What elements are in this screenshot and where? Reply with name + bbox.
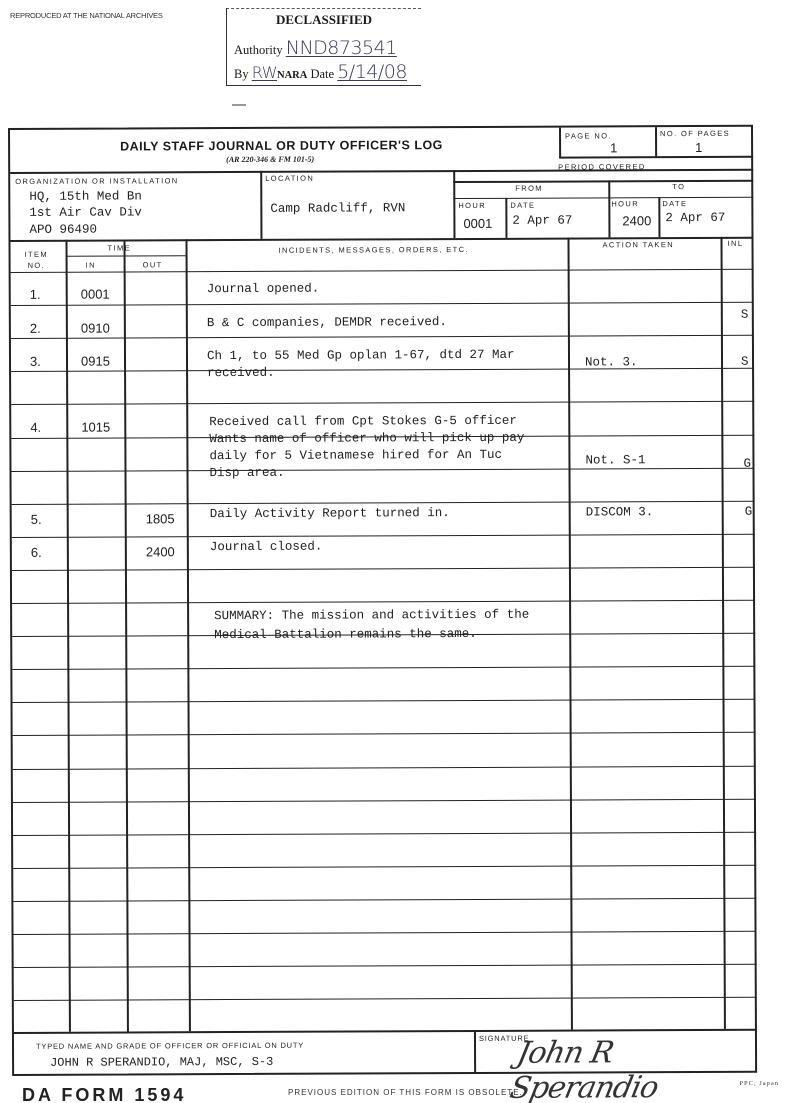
col-out: OUT (143, 260, 163, 269)
org-line-1: HQ, 15th Med Bn (29, 189, 142, 203)
summary-line: SUMMARY: The mission and activities of t… (214, 608, 529, 623)
summary-line: Medical Battalion remains the same. (214, 627, 477, 642)
entry-inl: S (741, 355, 749, 369)
col-time: TIME (108, 243, 132, 252)
scan-mark (232, 104, 246, 106)
no-of-pages: 1 (695, 140, 702, 155)
form-subtitle: (AR 220-346 & FM 101-5) (226, 155, 314, 164)
log-entries: 1.0001Journal opened.2.0910B & C compani… (10, 127, 751, 130)
stamp-by: By RWNARA Date 5/14/08 (234, 61, 407, 83)
to-date-label: DATE (662, 199, 687, 208)
entry-time-out: 2400 (146, 544, 175, 559)
col-in: IN (86, 261, 96, 270)
entry-time-in: 0001 (81, 287, 110, 302)
entry-text-line: Disp area. (209, 466, 284, 480)
entry-text-line: B & C companies, DEMDR received. (207, 315, 447, 330)
entry-time-in: 1015 (81, 420, 110, 435)
entry-item-no: 2. (30, 321, 41, 336)
entry-text-line: received. (207, 366, 275, 380)
entry-item-no: 4. (30, 420, 41, 435)
from-date: 2 Apr 67 (512, 214, 572, 228)
entry-inl: G (745, 505, 753, 519)
entry-text-line: daily for 5 Vietnamese hired for An Tuc (209, 448, 502, 463)
org-line-3: APO 96490 (29, 223, 97, 237)
entry-item-no: 6. (31, 545, 42, 560)
officer-name: JOHN R SPERANDIO, MAJ, MSC, S-3 (50, 1055, 273, 1070)
col-inl: INL (727, 239, 743, 248)
entry-time-in: 0910 (81, 321, 110, 336)
declass-date: 5/14/08 (337, 61, 407, 83)
from-label: FROM (515, 184, 543, 193)
org-label: ORGANIZATION OR INSTALLATION (15, 176, 178, 186)
entry-text-line: Ch 1, to 55 Med Gp oplan 1-67, dtd 27 Ma… (207, 348, 515, 363)
entry-item-no: 3. (30, 354, 41, 369)
authority-value: NND873541 (286, 37, 397, 59)
log-grid (10, 127, 751, 130)
to-hour: 2400 (622, 213, 651, 228)
col-no: NO. (28, 261, 46, 270)
signature: John R Sperandio (507, 1035, 763, 1103)
to-label: TO (672, 182, 685, 191)
officer-label: TYPED NAME AND GRADE OF OFFICER OR OFFIC… (36, 1041, 304, 1051)
entry-text-line: Journal opened. (207, 282, 320, 296)
from-hour: 0001 (463, 216, 492, 231)
to-date: 2 Apr 67 (665, 211, 725, 225)
entry-item-no: 5. (31, 512, 42, 527)
entry-time-out: 1805 (146, 511, 175, 526)
col-item: ITEM (25, 250, 49, 259)
duty-log-form: DAILY STAFF JOURNAL OR DUTY OFFICER'S LO… (8, 125, 757, 1076)
page-no-label: PAGE NO. (565, 131, 612, 140)
form-title: DAILY STAFF JOURNAL OR DUTY OFFICER'S LO… (120, 138, 443, 153)
page-no: 1 (610, 140, 617, 155)
declassification-stamp: DECLASSIFIED Authority NND873541 By RWNA… (226, 8, 421, 86)
entry-action: Not. S-1 (585, 453, 645, 467)
location-label: LOCATION (265, 174, 314, 183)
entry-action: DISCOM 3. (586, 505, 654, 519)
form-number: DA FORM 1594 (22, 1085, 186, 1103)
entry-time-in: 0915 (81, 354, 110, 369)
stamp-title: DECLASSIFIED (227, 12, 421, 28)
entry-text-line: Daily Activity Report turned in. (210, 506, 450, 521)
entry-text-line: Journal closed. (210, 540, 323, 554)
from-hour-label: HOUR (458, 201, 486, 210)
entry-inl: S (741, 308, 749, 322)
col-action: ACTION TAKEN (602, 240, 674, 249)
entry-inl: G (743, 457, 751, 471)
org-line-2: 1st Air Cav Div (29, 205, 142, 219)
printer-note: PPC, Japan (739, 1080, 779, 1087)
by-initials: RW (252, 63, 277, 82)
previous-edition-note: PREVIOUS EDITION OF THIS FORM IS OBSOLET… (288, 1088, 523, 1097)
entry-text-line: Wants name of officer who will pick up p… (209, 431, 524, 446)
to-hour-label: HOUR (611, 199, 639, 208)
period-covered-label: PERIOD COVERED (558, 162, 646, 171)
entry-item-no: 1. (30, 287, 41, 302)
from-date-label: DATE (510, 201, 535, 210)
archive-note: REPRODUCED AT THE NATIONAL ARCHIVES (10, 11, 163, 20)
entry-text-line: Received call from Cpt Stokes G-5 office… (209, 414, 517, 429)
entry-action: Not. 3. (585, 355, 638, 369)
no-of-pages-label: NO. OF PAGES (660, 129, 730, 138)
stamp-authority: Authority NND873541 (234, 37, 397, 59)
col-incidents: INCIDENTS, MESSAGES, ORDERS, ETC. (279, 245, 469, 255)
location-value: Camp Radcliff, RVN (270, 201, 405, 216)
